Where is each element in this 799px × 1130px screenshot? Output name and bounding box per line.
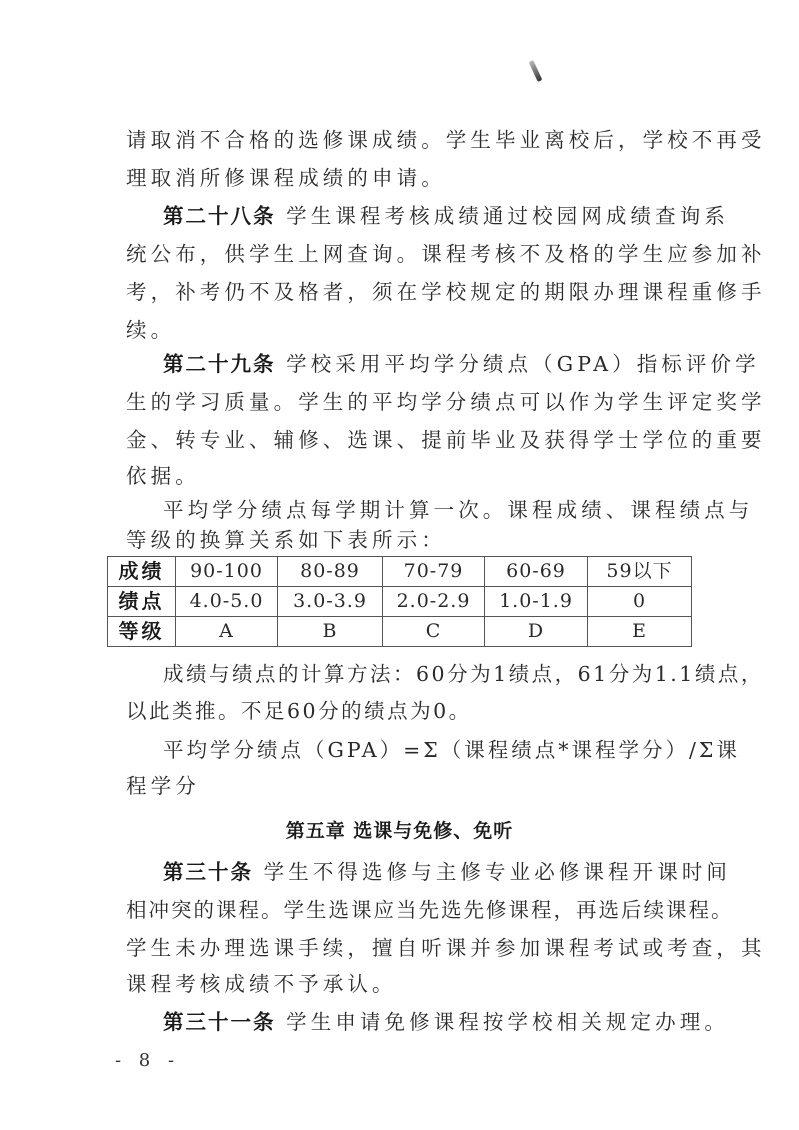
article-30-title: 第三十条 [163, 860, 253, 884]
row-header: 成绩 [108, 557, 176, 587]
text-line: 续。 [126, 316, 175, 344]
table-cell: C [383, 617, 485, 647]
row-header: 等级 [108, 617, 176, 647]
table-cell: 70-79 [383, 557, 485, 587]
text-line: 以此类推。不足60分的绩点为0。 [126, 697, 472, 725]
text-line: 学生申请免修课程按学校相关规定办理。 [286, 1010, 729, 1034]
table-cell: 90-100 [176, 557, 278, 587]
text-line: 学生课程考核成绩通过校园网成绩查询系 [286, 204, 729, 228]
table-cell: 59以下 [588, 557, 692, 587]
table-cell: 1.0-1.9 [485, 587, 588, 617]
article-28-title: 第二十八条 [163, 204, 276, 228]
text-line: 依据。 [126, 462, 200, 490]
table-cell: 4.0-5.0 [176, 587, 278, 617]
article-31-title: 第三十一条 [163, 1010, 276, 1034]
table-cell: 80-89 [278, 557, 383, 587]
text-line: 等级的换算关系如下表所示： [126, 526, 446, 554]
text-line: 课程考核成绩不予承认。 [126, 970, 397, 998]
table-cell: 60-69 [485, 557, 588, 587]
text-line: 考，补考仍不及格者，须在学校规定的期限办理课程重修手 [126, 278, 766, 306]
text-line: 生的学习质量。学生的平均学分绩点可以作为学生评定奖学 [126, 388, 766, 416]
text-line: 相冲突的课程。学生选课应当先选先修课程，再选后续课程。 [126, 896, 734, 924]
grade-conversion-table: 成绩 90-100 80-89 70-79 60-69 59以下 绩点 4.0-… [107, 556, 692, 647]
page-number: - 8 - [115, 1050, 180, 1071]
text-line: 请取消不合格的选修课成绩。学生毕业离校后，学校不再受 [126, 126, 766, 154]
table-cell: E [588, 617, 692, 647]
article-31-first-line: 第三十一条 学生申请免修课程按学校相关规定办理。 [163, 1008, 729, 1036]
article-30-first-line: 第三十条 学生不得选修与主修专业必修课程开课时间 [163, 858, 731, 886]
table-cell: B [278, 617, 383, 647]
text-line: 学生未办理选课手续，擅自听课并参加课程考试或考查，其 [126, 934, 766, 962]
text-line: 理取消所修课程成绩的申请。 [126, 164, 446, 192]
text-line: 学生不得选修与主修专业必修课程开课时间 [264, 860, 731, 884]
table-row: 绩点 4.0-5.0 3.0-3.9 2.0-2.9 1.0-1.9 0 [108, 587, 692, 617]
chapter-heading: 第五章 选课与免修、免听 [0, 816, 799, 843]
gpa-formula-line: 平均学分绩点（GPA）=Σ（课程绩点*课程学分）/Σ课 [163, 736, 740, 764]
row-header: 绩点 [108, 587, 176, 617]
text-line: 成绩与绩点的计算方法：60分为1绩点，61分为1.1绩点， [163, 660, 764, 688]
text-line: 统公布，供学生上网查询。课程考核不及格的学生应参加补 [126, 240, 766, 268]
article-28-first-line: 第二十八条 学生课程考核成绩通过校园网成绩查询系 [163, 202, 729, 230]
table-cell: D [485, 617, 588, 647]
text-line: 平均学分绩点每学期计算一次。课程成绩、课程绩点与 [163, 496, 753, 524]
article-29-title: 第二十九条 [163, 352, 276, 376]
table-row: 等级 A B C D E [108, 617, 692, 647]
table-cell: A [176, 617, 278, 647]
article-29-first-line: 第二十九条 学校采用平均学分绩点（GPA）指标评价学 [163, 350, 760, 378]
scan-mark [529, 60, 543, 82]
text-line: 学校采用平均学分绩点（GPA）指标评价学 [286, 352, 760, 376]
table-cell: 3.0-3.9 [278, 587, 383, 617]
text-line: 金、转专业、辅修、选课、提前毕业及获得学士学位的重要 [126, 426, 766, 454]
text-line: 程学分 [126, 772, 200, 800]
table-cell: 0 [588, 587, 692, 617]
table-row: 成绩 90-100 80-89 70-79 60-69 59以下 [108, 557, 692, 587]
table-cell: 2.0-2.9 [383, 587, 485, 617]
